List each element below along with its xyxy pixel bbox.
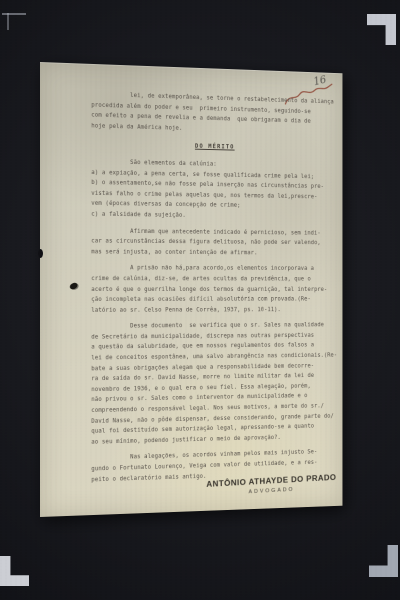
mount-mark-top-left-horizontal	[2, 13, 26, 15]
typewritten-line: c) a falsidade da sujeição.	[91, 210, 333, 223]
typewritten-line: crime de calúnia, diz-se, de artes ocult…	[91, 274, 333, 285]
typewritten-line: acerto é que o guerrilha longe dos termo…	[91, 285, 333, 296]
paper-edge-notch	[38, 249, 43, 258]
mount-corner-bottom-right	[369, 545, 398, 577]
mount-corner-top-right	[367, 14, 396, 45]
typewritten-line: latório ao sr. Celso Penna de Corrêa, 19…	[91, 305, 333, 316]
mount-mark-top-left-vertical	[7, 13, 9, 30]
typewritten-text: lei, de extemporânea, se torne o restabe…	[91, 90, 333, 486]
document-page: 16 lei, de extemporânea, se torne o rest…	[40, 62, 342, 517]
mount-corner-bottom-left	[0, 556, 29, 586]
typewritten-line: mas será injusta, ao conter intenção de …	[91, 247, 333, 259]
photographed-document: 16 lei, de extemporânea, se torne o rest…	[0, 0, 400, 600]
section-heading: DO MÉRITO	[91, 140, 333, 156]
typewritten-line: A prisão não há,para acordo,os elementos…	[91, 264, 333, 275]
ink-blot	[69, 282, 78, 290]
typewritten-line: ção incompleta nas ocasiões difícil abso…	[91, 295, 333, 306]
